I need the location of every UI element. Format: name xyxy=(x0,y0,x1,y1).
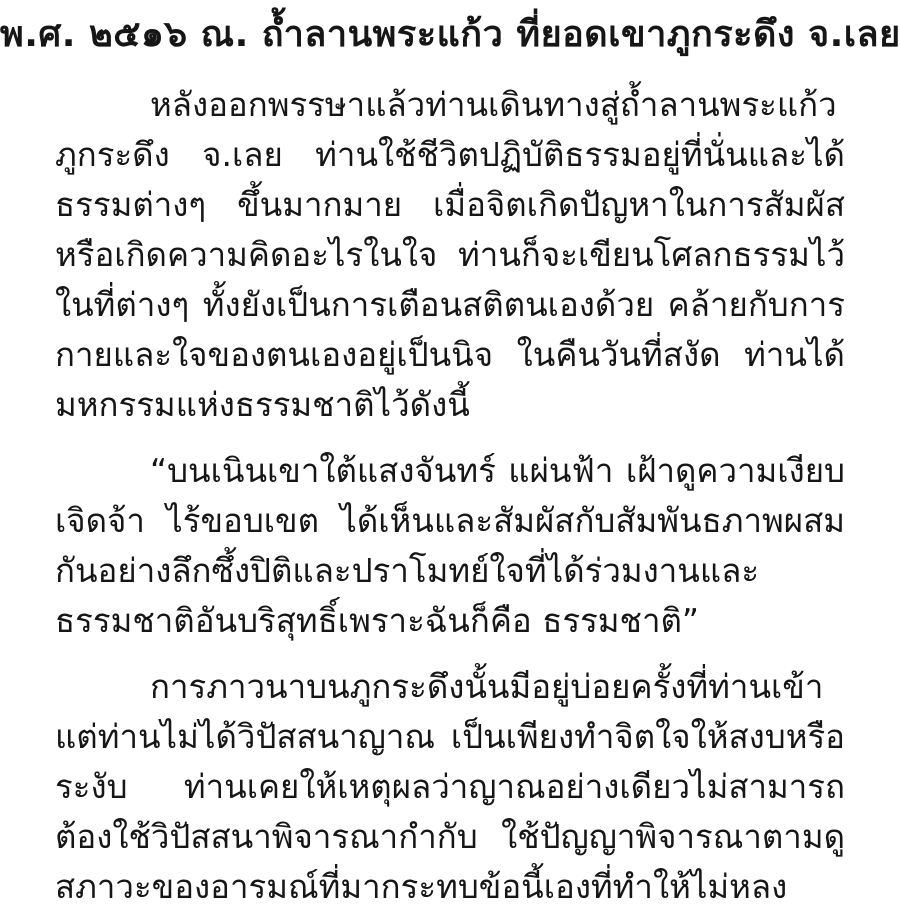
text-line: กันอย่างลึกซึ้งปิติและปราโมทย์ใจที่ได้ร่… xyxy=(55,546,845,596)
text-line: ภูกระดึง จ.เลย ท่านใช้ชีวิตปฏิบัติธรรมอย… xyxy=(55,130,845,180)
text-line: “บนเนินเขาใต้แสงจันทร์ แผ่นฟ้า เฝ้าดูควา… xyxy=(55,446,845,496)
paragraph-2-quote: “บนเนินเขาใต้แสงจันทร์ แผ่นฟ้า เฝ้าดูควา… xyxy=(55,446,845,646)
text-line: สภาวะของอารมณ์ที่มากระทบข้อนี้เองที่ทำให… xyxy=(55,862,845,912)
text-line: ในที่ต่างๆ ทั้งยังเป็นการเตือนสติตนเองด้… xyxy=(55,280,845,330)
paragraph-3: การภาวนาบนภูกระดึงนั้นมีอยู่บ่อยครั้งที่… xyxy=(55,662,845,912)
document-page: พ.ศ. ๒๕๑๖ ณ. ถ้ำลานพระแก้ว ที่ยอดเขาภูกร… xyxy=(0,0,900,915)
text-line: ธรรมต่างๆ ขึ้นมากมาย เมื่อจิตเกิดปัญหาใน… xyxy=(55,180,845,230)
page-title: พ.ศ. ๒๕๑๖ ณ. ถ้ำลานพระแก้ว ที่ยอดเขาภูกร… xyxy=(0,0,900,70)
text-line: หลังออกพรรษาแล้วท่านเดินทางสู่ถ้ำลานพระแ… xyxy=(55,80,845,130)
text-line: เจิดจ้า ไร้ขอบเขต ได้เห็นและสัมผัสกับสัม… xyxy=(55,496,845,546)
text-line: ต้องใช้วิปัสสนาพิจารณากำกับ ใช้ปัญญาพิจา… xyxy=(55,812,845,862)
text-line: ธรรมชาติอันบริสุทธิ์เพราะฉันก็คือ ธรรมชา… xyxy=(55,596,845,646)
text-line: มหกรรมแห่งธรรมชาติไว้ดังนี้ xyxy=(55,380,845,430)
paragraph-1: หลังออกพรรษาแล้วท่านเดินทางสู่ถ้ำลานพระแ… xyxy=(55,80,845,430)
text-line: หรือเกิดความคิดอะไรในใจ ท่านก็จะเขียนโศล… xyxy=(55,230,845,280)
text-line: แต่ท่านไม่ได้วิปัสสนาญาณ เป็นเพียงทำจิตใ… xyxy=(55,712,845,762)
text-line: การภาวนาบนภูกระดึงนั้นมีอยู่บ่อยครั้งที่… xyxy=(55,662,845,712)
text-line: กายและใจของตนเองอยู่เป็นนิจ ในคืนวันที่ส… xyxy=(55,330,845,380)
document-body: หลังออกพรรษาแล้วท่านเดินทางสู่ถ้ำลานพระแ… xyxy=(55,70,845,912)
text-line: ระงับ ท่านเคยให้เหตุผลว่าญาณอย่างเดียวไม… xyxy=(55,762,845,812)
